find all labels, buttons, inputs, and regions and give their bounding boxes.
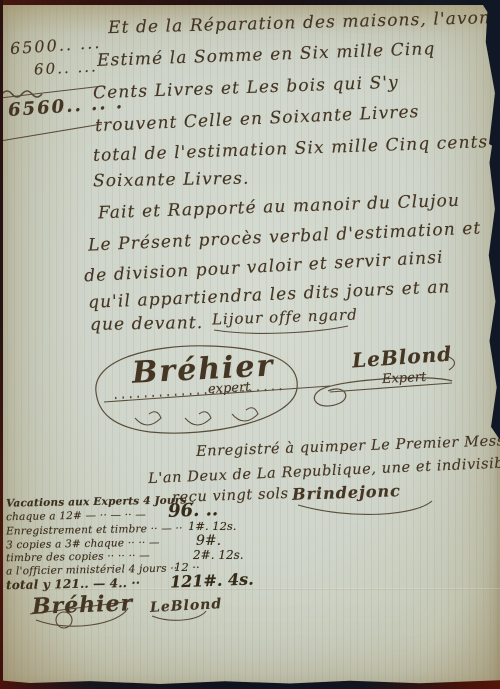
fee-row-4-value: 9#. [196,533,221,549]
body-line-11: que devant. [90,313,204,335]
fee-row-5-label: timbre des copies ·· ·· ·· — [6,550,150,565]
fee-row-5-value: 2#. 12s. [193,548,244,562]
signature-brehier-expert: Bréhier [131,348,275,390]
bottom-signature-brehier: Bréhier [32,590,134,620]
signature-brehier-title: expert [208,380,251,397]
signature-leblond-title: Expert [382,370,427,387]
margin-figure-60: 60.. ... [34,57,99,78]
fee-row-7-value: 121#. 4s. [170,570,254,592]
photographed-manuscript-page: 6500.. ... 60.. ... 6560.. .. . Et de la… [0,0,500,689]
photo-edge-left [0,0,3,689]
fee-row-3-value: 1#. 12s. [188,519,236,533]
fee-row-2-label: chaque a 12# — ·· — ·· — [6,509,146,523]
signature-brindejonc: Brindejonc [292,481,401,504]
photo-edge-top [0,0,500,5]
body-line-6: Soixante Livres. [93,169,250,192]
